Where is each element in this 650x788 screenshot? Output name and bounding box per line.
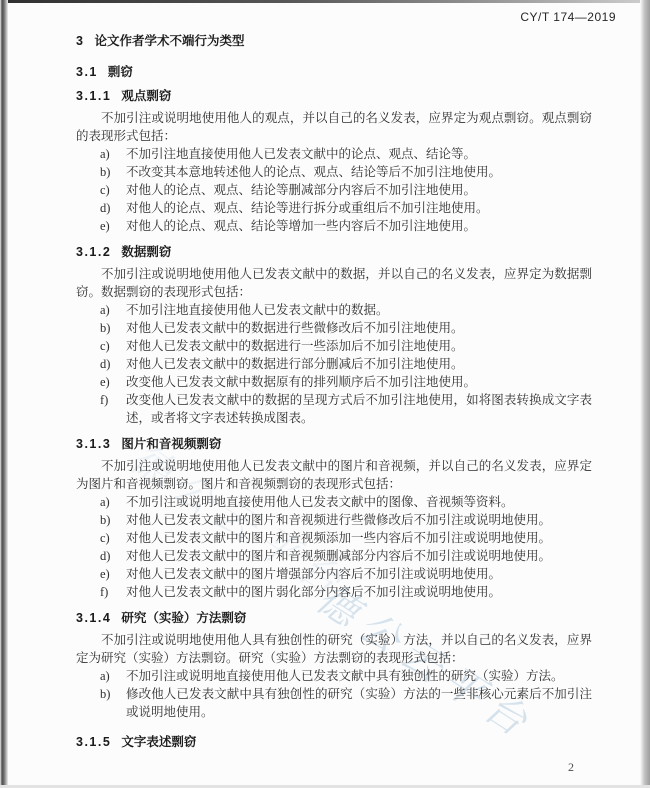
paragraph-3-1-4: 不加引注或说明地使用他人具有独创性的研究（实验）方法，并以自己的名义发表，应界定…	[76, 631, 592, 667]
list-item-text: 对他人的论点、观点、结论等增加一些内容后不加引注地使用。	[126, 217, 592, 235]
list-item-label: b)	[100, 511, 126, 529]
list-item: c)对他人已发表文献中的数据进行一些添加后不加引注地使用。	[76, 337, 592, 355]
list-item-label: e)	[100, 565, 126, 583]
list-item: a)不加引注或说明地直接使用他人已发表文献中的图像、音视频等资料。	[76, 493, 592, 511]
list-item-text: 对他人已发表文献中的数据进行一些添加后不加引注地使用。	[126, 337, 592, 355]
heading-number: 3.1.3	[76, 437, 111, 451]
list-item: a)不加引注地直接使用他人已发表文献中的论点、观点、结论等。	[76, 145, 592, 163]
list-item: c)对他人已发表文献中的图片和音视频添加一些内容后不加引注或说明地使用。	[76, 529, 592, 547]
list-item-text: 对他人已发表文献中的图片弱化部分内容后不加引注或说明地使用。	[126, 583, 592, 601]
list-item-label: c)	[100, 529, 126, 547]
page-number: 2	[568, 760, 574, 775]
heading-3-1-5: 3.1.5文字表述剽窃	[76, 733, 592, 751]
header-doc-code: CY/T 174—2019	[520, 10, 616, 24]
list-item-label: d)	[100, 355, 126, 373]
list-item-text: 改变他人已发表文献中的数据的呈现方式后不加引注地使用，如将图表转换成文字表述，或…	[126, 391, 592, 427]
list-item: f)对他人已发表文献中的图片弱化部分内容后不加引注或说明地使用。	[76, 583, 592, 601]
heading-3-1-4: 3.1.4研究（实验）方法剽窃	[76, 609, 592, 627]
list-item-text: 对他人的论点、观点、结论等进行拆分或重组后不加引注地使用。	[126, 199, 592, 217]
heading-number: 3.1.1	[76, 89, 111, 103]
list-item: e)对他人已发表文献中的图片增强部分内容后不加引注或说明地使用。	[76, 565, 592, 583]
list-item: e)改变他人已发表文献中数据原有的排列顺序后不加引注地使用。	[76, 373, 592, 391]
list-item: a)不加引注或说明地直接使用他人已发表文献中具有独创性的研究（实验）方法。	[76, 667, 592, 685]
heading-title: 观点剽窃	[121, 89, 171, 103]
list-item-text: 对他人已发表文献中的图片和音视频添加一些内容后不加引注或说明地使用。	[126, 529, 592, 547]
list-item-label: e)	[100, 217, 126, 235]
heading-title: 图片和音视频剽窃	[121, 437, 221, 451]
list-item: b)修改他人已发表文献中具有独创性的研究（实验）方法的一些非核心元素后不加引注或…	[76, 685, 592, 721]
list-item: d)对他人已发表文献中的图片和音视频删减部分内容后不加引注或说明地使用。	[76, 547, 592, 565]
list-item-label: c)	[100, 181, 126, 199]
list-item-label: b)	[100, 319, 126, 337]
list-item-label: a)	[100, 667, 126, 685]
paragraph-3-1-1: 不加引注或说明地使用他人的观点，并以自己的名义发表，应界定为观点剽窃。观点剽窃的…	[76, 109, 592, 145]
list-item-label: d)	[100, 199, 126, 217]
list-item-text: 对他人已发表文献中的数据进行些微修改后不加引注地使用。	[126, 319, 592, 337]
list-item-text: 不改变其本意地转述他人的论点、观点、结论等后不加引注地使用。	[126, 163, 592, 181]
list-item-text: 不加引注或说明地直接使用他人已发表文献中的图像、音视频等资料。	[126, 493, 592, 511]
list-item-text: 不加引注地直接使用他人已发表文献中的论点、观点、结论等。	[126, 145, 592, 163]
list-item-text: 对他人已发表文献中的数据进行部分删减后不加引注地使用。	[126, 355, 592, 373]
list-item: d)对他人的论点、观点、结论等进行拆分或重组后不加引注地使用。	[76, 199, 592, 217]
heading-3-1-1: 3.1.1观点剽窃	[76, 87, 592, 105]
heading-number: 3.1.5	[76, 735, 111, 749]
heading-number: 3.1	[76, 65, 98, 79]
list-item: a)不加引注地直接使用他人已发表文献中的数据。	[76, 301, 592, 319]
heading-3-1: 3.1剽窃	[76, 63, 592, 81]
document-body: 3论文作者学术不端行为类型 3.1剽窃 3.1.1观点剽窃 不加引注或说明地使用…	[76, 32, 592, 751]
paragraph-3-1-3: 不加引注或说明地使用他人已发表文献中的图片和音视频，并以自己的名义发表，应界定为…	[76, 457, 592, 493]
heading-number: 3	[76, 34, 84, 48]
list-item-text: 对他人已发表文献中的图片和音视频删减部分内容后不加引注或说明地使用。	[126, 547, 592, 565]
list-item-label: b)	[100, 685, 126, 721]
list-item-label: a)	[100, 145, 126, 163]
list-item: f)改变他人已发表文献中的数据的呈现方式后不加引注地使用，如将图表转换成文字表述…	[76, 391, 592, 427]
list-3-1-1: a)不加引注地直接使用他人已发表文献中的论点、观点、结论等。b)不改变其本意地转…	[76, 145, 592, 235]
list-item-label: b)	[100, 163, 126, 181]
list-item: d)对他人已发表文献中的数据进行部分删减后不加引注地使用。	[76, 355, 592, 373]
list-item: b)不改变其本意地转述他人的论点、观点、结论等后不加引注地使用。	[76, 163, 592, 181]
heading-title: 数据剽窃	[121, 245, 171, 259]
heading-3: 3论文作者学术不端行为类型	[76, 32, 592, 50]
list-item-label: a)	[100, 493, 126, 511]
scan-edge-right	[640, 0, 650, 788]
list-item-text: 对他人已发表文献中的图片增强部分内容后不加引注或说明地使用。	[126, 565, 592, 583]
heading-title: 研究（实验）方法剽窃	[121, 611, 246, 625]
list-item-text: 对他人的论点、观点、结论等删减部分内容后不加引注地使用。	[126, 181, 592, 199]
list-item-text: 对他人已发表文献中的图片和音视频进行些微修改后不加引注或说明地使用。	[126, 511, 592, 529]
heading-number: 3.1.2	[76, 245, 111, 259]
list-item: e)对他人的论点、观点、结论等增加一些内容后不加引注地使用。	[76, 217, 592, 235]
scan-edge-top	[0, 0, 650, 3]
heading-3-1-2: 3.1.2数据剽窃	[76, 243, 592, 261]
list-3-1-3: a)不加引注或说明地直接使用他人已发表文献中的图像、音视频等资料。b)对他人已发…	[76, 493, 592, 601]
list-3-1-2: a)不加引注地直接使用他人已发表文献中的数据。b)对他人已发表文献中的数据进行些…	[76, 301, 592, 427]
list-item-label: f)	[100, 391, 126, 427]
list-item: b)对他人已发表文献中的图片和音视频进行些微修改后不加引注或说明地使用。	[76, 511, 592, 529]
list-item-label: f)	[100, 583, 126, 601]
heading-title: 论文作者学术不端行为类型	[94, 34, 244, 48]
list-item-text: 不加引注地直接使用他人已发表文献中的数据。	[126, 301, 592, 319]
paragraph-3-1-2: 不加引注或说明地使用他人已发表文献中的数据，并以自己的名义发表，应界定为数据剽窃…	[76, 265, 592, 301]
list-3-1-4: a)不加引注或说明地直接使用他人已发表文献中具有独创性的研究（实验）方法。b)修…	[76, 667, 592, 721]
heading-3-1-3: 3.1.3图片和音视频剽窃	[76, 435, 592, 453]
scan-edge-left	[0, 0, 8, 788]
list-item-text: 修改他人已发表文献中具有独创性的研究（实验）方法的一些非核心元素后不加引注或说明…	[126, 685, 592, 721]
list-item: b)对他人已发表文献中的数据进行些微修改后不加引注地使用。	[76, 319, 592, 337]
heading-title: 剽窃	[108, 65, 133, 79]
list-item-label: a)	[100, 301, 126, 319]
list-item-label: c)	[100, 337, 126, 355]
list-item-label: d)	[100, 547, 126, 565]
list-item: c)对他人的论点、观点、结论等删减部分内容后不加引注地使用。	[76, 181, 592, 199]
list-item-text: 改变他人已发表文献中数据原有的排列顺序后不加引注地使用。	[126, 373, 592, 391]
list-item-label: e)	[100, 373, 126, 391]
heading-title: 文字表述剽窃	[121, 735, 196, 749]
heading-number: 3.1.4	[76, 611, 111, 625]
list-item-text: 不加引注或说明地直接使用他人已发表文献中具有独创性的研究（实验）方法。	[126, 667, 592, 685]
